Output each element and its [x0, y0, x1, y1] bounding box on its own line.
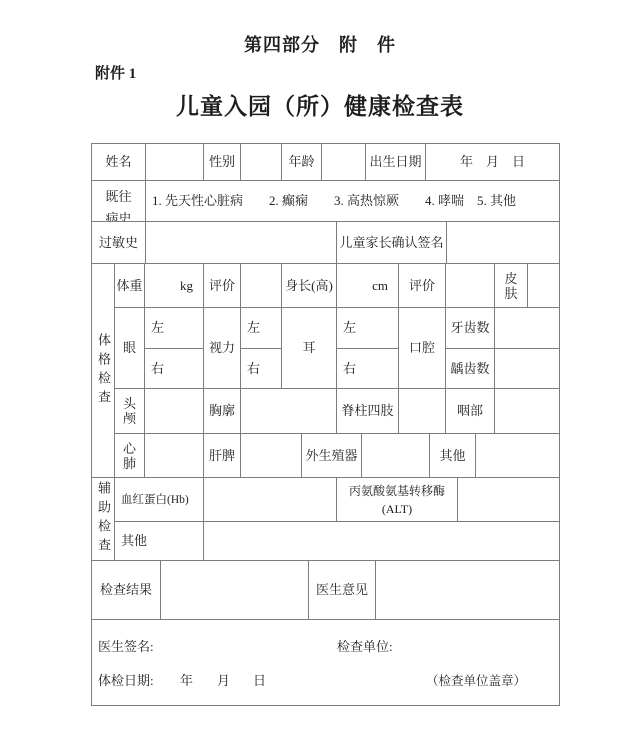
aux-other-label: 其他: [115, 522, 204, 561]
vision-right-cell: 右: [241, 349, 282, 389]
part-title: 第四部分 附 件: [0, 31, 640, 57]
teeth-count-value-cell: [495, 308, 560, 349]
allergy-label: 过敏史: [92, 222, 146, 264]
result-value-cell: [161, 561, 309, 620]
liver-spleen-label: 肝脾: [204, 434, 241, 478]
genitalia-value-cell: [362, 434, 430, 478]
throat-label: 咽部: [446, 389, 495, 434]
doctor-sign-label: 医生签名:: [98, 639, 154, 655]
skull-value-cell: [145, 389, 204, 434]
height-label: 身长(高): [282, 264, 337, 308]
teeth-count-label: 牙齿数: [446, 308, 495, 349]
allergy-value-cell: [146, 222, 337, 264]
heart-lung-label: 心 肺: [115, 434, 145, 478]
height-value-cell: cm: [337, 264, 399, 308]
form-title: 儿童入园（所）健康检查表: [0, 88, 640, 121]
exam-date-day: 日: [253, 673, 266, 689]
eye-label: 眼: [115, 308, 145, 389]
spine-limbs-value-cell: [399, 389, 446, 434]
exam-date-month: 月: [217, 673, 230, 689]
age-value-cell: [322, 144, 366, 181]
eye-left-cell: 左: [145, 308, 204, 349]
parent-sign-label: 儿童家长确认签名: [337, 222, 447, 264]
name-value-cell: [146, 144, 204, 181]
hemoglobin-value-cell: [204, 478, 337, 522]
ear-left-cell: 左: [337, 308, 399, 349]
liver-spleen-value-cell: [241, 434, 302, 478]
ear-label: 耳: [282, 308, 337, 389]
exam-unit-label: 检查单位:: [337, 639, 393, 655]
health-check-form-table: 姓名 性别 年龄 出生日期 年 月 日 既往 病史 1. 先天性心脏病 2. 癫…: [91, 143, 560, 706]
hemoglobin-label: 血红蛋白(Hb): [115, 478, 204, 522]
skull-label: 头 颅: [115, 389, 145, 434]
doctor-opinion-value-cell: [376, 561, 560, 620]
weight-eval-label: 评价: [204, 264, 241, 308]
parent-sign-value-cell: [447, 222, 560, 264]
name-label: 姓名: [92, 144, 146, 181]
birth-date-label: 出生日期: [366, 144, 426, 181]
alt-label: 丙氨酸氨基转移酶 (ALT): [337, 478, 458, 522]
age-label: 年龄: [282, 144, 322, 181]
aux-other-value-cell: [204, 522, 560, 561]
weight-label: 体重: [115, 264, 145, 308]
vision-left-cell: 左: [241, 308, 282, 349]
gender-value-cell: [241, 144, 282, 181]
signature-block: 医生签名: 检查单位: 体检日期: 年 月 日 （检查单位盖章）: [92, 620, 560, 706]
doctor-opinion-label: 医生意见: [309, 561, 376, 620]
gender-label: 性别: [204, 144, 241, 181]
genitalia-label: 外生殖器: [302, 434, 362, 478]
vision-label: 视力: [204, 308, 241, 389]
unit-seal-label: （检查单位盖章）: [426, 673, 526, 689]
alt-value-cell: [458, 478, 560, 522]
birth-date-value-cell: 年 月 日: [426, 144, 560, 181]
caries-count-value-cell: [495, 349, 560, 389]
skin-value-cell: [528, 264, 560, 308]
attachment-label: 附件 1: [95, 62, 136, 83]
chest-value-cell: [241, 389, 337, 434]
oral-label: 口腔: [399, 308, 446, 389]
result-label: 检查结果: [92, 561, 161, 620]
skin-label: 皮 肤: [495, 264, 528, 308]
physical-other-value-cell: [476, 434, 560, 478]
physical-other-label: 其他: [430, 434, 476, 478]
heart-lung-value-cell: [145, 434, 204, 478]
aux-section-label: 辅助检查: [92, 478, 115, 561]
throat-value-cell: [495, 389, 560, 434]
caries-count-label: 龋齿数: [446, 349, 495, 389]
spine-limbs-label: 脊柱四肢: [337, 389, 399, 434]
history-label: 既往 病史: [92, 181, 146, 222]
height-eval-value-cell: [446, 264, 495, 308]
history-options: 1. 先天性心脏病 2. 癫痫 3. 高热惊厥 4. 哮喘 5. 其他: [146, 181, 560, 222]
height-eval-label: 评价: [399, 264, 446, 308]
exam-date-label: 体检日期:: [98, 673, 154, 689]
weight-eval-value-cell: [241, 264, 282, 308]
chest-label: 胸廓: [204, 389, 241, 434]
exam-date-year: 年: [180, 673, 193, 689]
weight-value-cell: kg: [145, 264, 204, 308]
eye-right-cell: 右: [145, 349, 204, 389]
ear-right-cell: 右: [337, 349, 399, 389]
physical-section-label: 体格检查: [92, 264, 115, 478]
